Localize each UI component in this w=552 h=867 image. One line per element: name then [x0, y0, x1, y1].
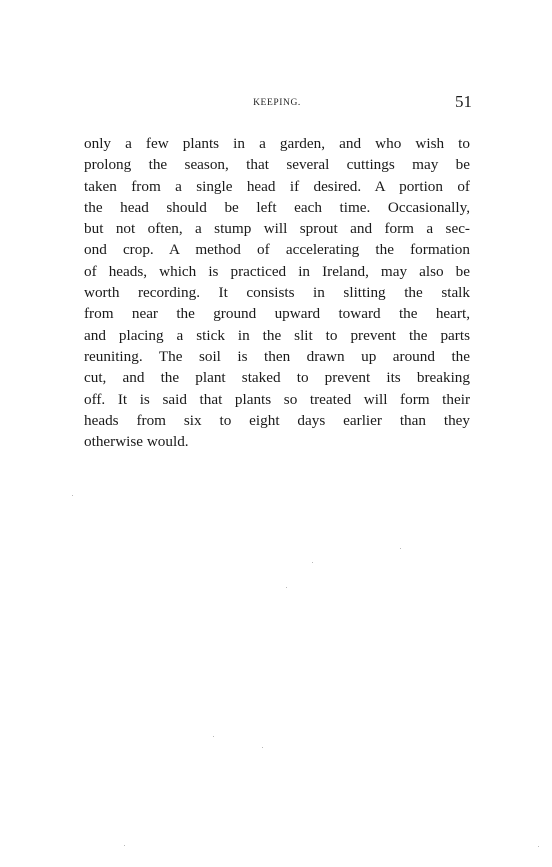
- text-line: reuniting. The soil is then drawn up aro…: [84, 346, 470, 367]
- body-paragraph: only a few plants in a garden, and who w…: [84, 133, 470, 452]
- scan-speck: [538, 846, 539, 847]
- text-line: taken from a single head if desired. A p…: [84, 176, 470, 197]
- scan-speck: [312, 562, 313, 563]
- text-line: ond crop. A method of accelerating the f…: [84, 239, 470, 260]
- text-line: but not often, a stump will sprout and f…: [84, 218, 470, 239]
- text-line: only a few plants in a garden, and who w…: [84, 133, 470, 154]
- scan-speck: [400, 548, 401, 549]
- running-head: KEEPING. 51: [84, 92, 470, 114]
- text-line: otherwise would.: [84, 431, 470, 452]
- text-line: off. It is said that plants so treated w…: [84, 389, 470, 410]
- text-line: and placing a stick in the slit to preve…: [84, 325, 470, 346]
- scan-speck: [286, 587, 287, 588]
- scan-speck: [213, 736, 214, 737]
- text-line: cut, and the plant staked to prevent its…: [84, 367, 470, 388]
- scan-speck: [72, 495, 73, 496]
- book-page: KEEPING. 51 only a few plants in a garde…: [0, 0, 552, 867]
- page-number: 51: [455, 92, 472, 112]
- text-line: the head should be left each time. Occas…: [84, 197, 470, 218]
- text-line: worth recording. It consists in slitting…: [84, 282, 470, 303]
- text-line: of heads, which is practiced in Ireland,…: [84, 261, 470, 282]
- text-line: heads from six to eight days earlier tha…: [84, 410, 470, 431]
- scan-speck: [124, 845, 125, 846]
- scan-speck: [262, 747, 263, 748]
- text-line: from near the ground upward toward the h…: [84, 303, 470, 324]
- running-title: KEEPING.: [84, 98, 470, 108]
- text-line: prolong the season, that several cutting…: [84, 154, 470, 175]
